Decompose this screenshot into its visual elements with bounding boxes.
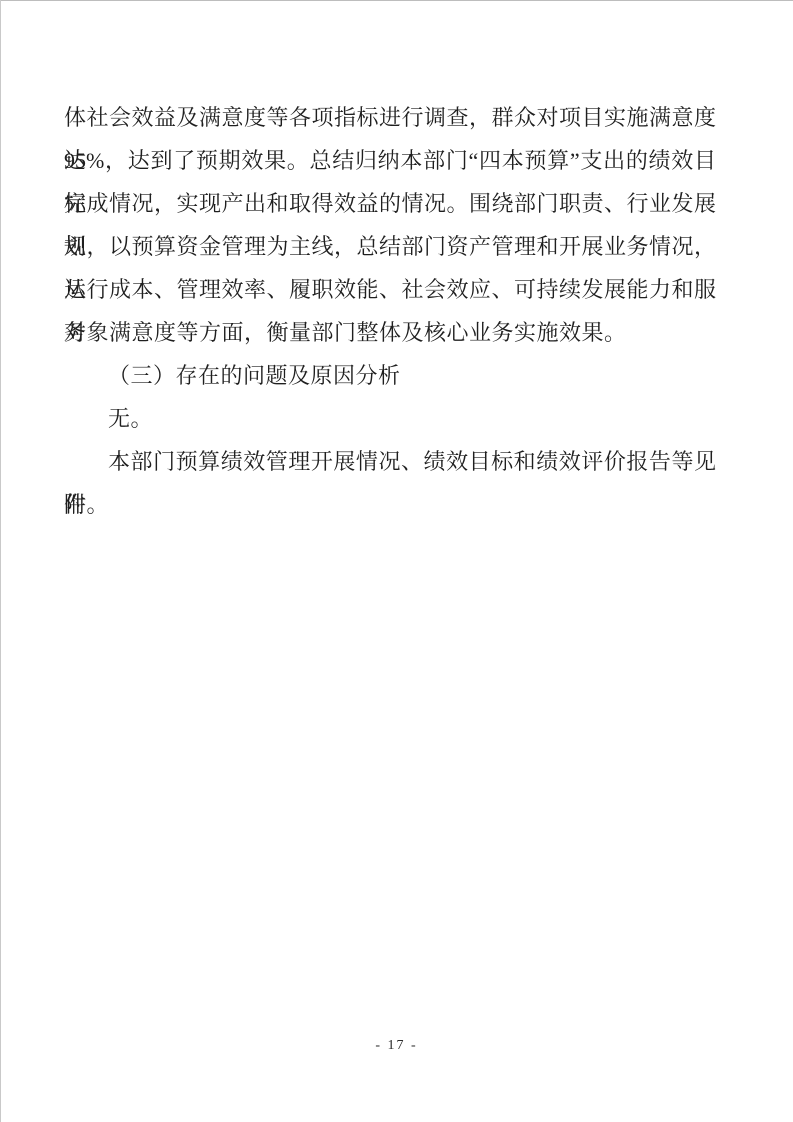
body-line: 无。 [64,397,716,440]
body-line: 完成情况，实现产出和取得效益的情况。围绕部门职责、行业发展规 [64,182,716,225]
document-page: 体社会效益及满意度等各项指标进行调查，群众对项目实施满意度达 95%，达到了预期… [0,0,793,1122]
body-line: 体社会效益及满意度等各项指标进行调查，群众对项目实施满意度达 [64,96,716,139]
section-heading: （三）存在的问题及原因分析 [64,354,716,397]
body-line: 对象满意度等方面，衡量部门整体及核心业务实施效果。 [64,311,716,354]
text-block: 体社会效益及满意度等各项指标进行调查，群众对项目实施满意度达 95%，达到了预期… [64,96,716,526]
body-line: 运行成本、管理效率、履职效能、社会效应、可持续发展能力和服务 [64,268,716,311]
body-line: 件。 [64,483,716,526]
body-line: 95%，达到了预期效果。总结归纳本部门“四本预算”支出的绩效目标 [64,139,716,182]
body-line: 划，以预算资金管理为主线，总结部门资产管理和开展业务情况，从 [64,225,716,268]
page-number: - 17 - [0,1036,793,1056]
body-line: 本部门预算绩效管理开展情况、绩效目标和绩效评价报告等见附 [64,440,716,483]
